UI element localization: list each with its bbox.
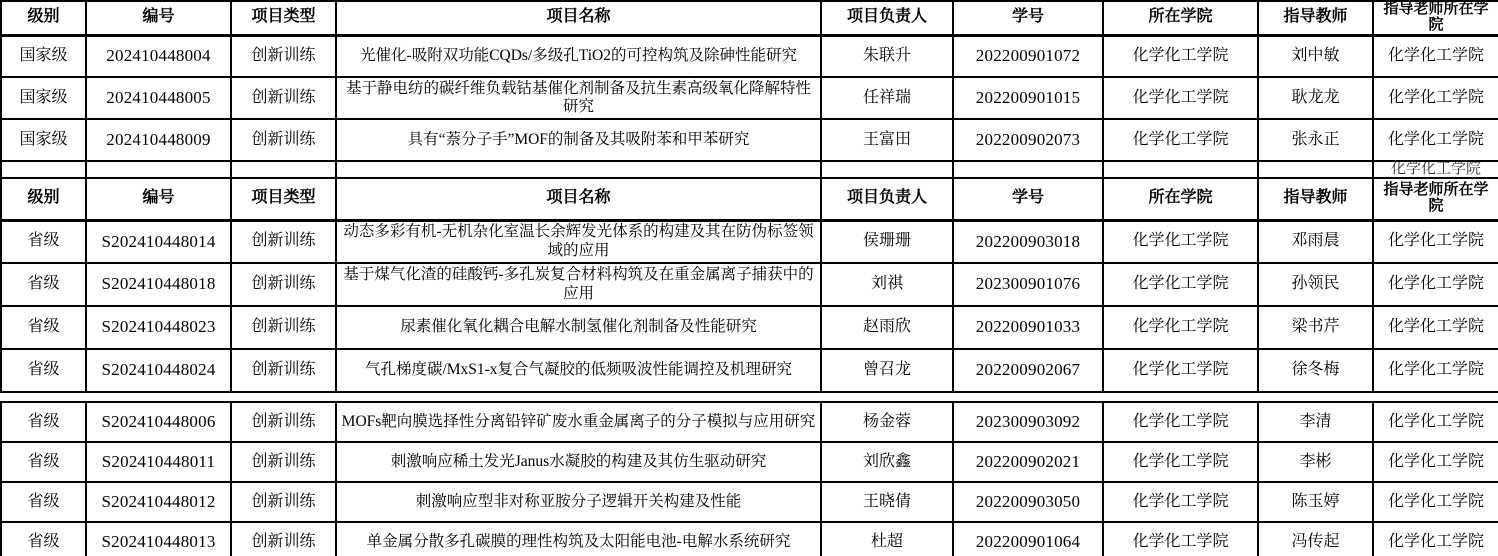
col-header-student-id: 学号 — [953, 178, 1103, 220]
table-row: 省级S202410448023创新训练尿素催化氧化耦合电解水制氢催化剂制备及性能… — [1, 306, 1498, 349]
cell-student-id: 202200903050 — [953, 482, 1103, 522]
cell-title: 单金属分散多孔碳膜的理性构筑及太阳能电池-电解水系统研究 — [336, 522, 821, 556]
cell-code: S202410448011 — [86, 442, 231, 482]
col-header-type: 项目类型 — [231, 178, 336, 220]
cell-college: 化学化工学院 — [1103, 442, 1258, 482]
cell-student-id: 202200901015 — [953, 77, 1103, 119]
table-row: 国家级202410448004创新训练光催化-吸附双功能CQDs/多级孔TiO2… — [1, 35, 1498, 77]
cell-code: 202410448009 — [86, 119, 231, 161]
cell-college: 化学化工学院 — [1103, 402, 1258, 442]
cell-code: 202410448004 — [86, 35, 231, 77]
cell-advisor-college: 化学化工学院 — [1373, 119, 1498, 161]
clipped-cell — [231, 162, 336, 177]
cell-type: 创新训练 — [231, 35, 336, 77]
cell-student-id: 202200902067 — [953, 349, 1103, 392]
cell-college: 化学化工学院 — [1103, 349, 1258, 392]
cell-code: S202410448013 — [86, 522, 231, 556]
col-header-code: 编号 — [86, 178, 231, 220]
cell-title: 具有“萘分子手”MOF的制备及其吸附苯和甲苯研究 — [336, 119, 821, 161]
clipped-cell — [821, 162, 953, 177]
cell-level: 省级 — [1, 522, 86, 556]
cell-leader: 侯珊珊 — [821, 220, 953, 263]
cell-advisor-college: 化学化工学院 — [1373, 402, 1498, 442]
cell-advisor: 陈玉婷 — [1258, 482, 1373, 522]
cell-code: 202410448005 — [86, 77, 231, 119]
cell-code: S202410448018 — [86, 263, 231, 306]
col-header-college: 所在学院 — [1103, 1, 1258, 35]
clipped-cell — [953, 162, 1103, 177]
provincial-projects-body-2: 省级S202410448006创新训练MOFs靶向膜选择性分离铅锌矿废水重金属离… — [1, 402, 1498, 556]
cell-title: 基于静电纺的碳纤维负载钴基催化剂制备及抗生素高级氧化降解特性研究 — [336, 77, 821, 119]
cell-code: S202410448012 — [86, 482, 231, 522]
cell-student-id: 202200903018 — [953, 220, 1103, 263]
cell-title: 光催化-吸附双功能CQDs/多级孔TiO2的可控构筑及除砷性能研究 — [336, 35, 821, 77]
cell-advisor: 刘中敏 — [1258, 35, 1373, 77]
cell-level: 省级 — [1, 442, 86, 482]
table-row: 省级S202410448011创新训练刺激响应稀土发光Janus水凝胶的构建及其… — [1, 442, 1498, 482]
cell-advisor: 孙领民 — [1258, 263, 1373, 306]
table-row: 国家级202410448009创新训练具有“萘分子手”MOF的制备及其吸附苯和甲… — [1, 119, 1498, 161]
cell-student-id: 202200901064 — [953, 522, 1103, 556]
cell-level: 国家级 — [1, 35, 86, 77]
cell-advisor-college: 化学化工学院 — [1373, 349, 1498, 392]
cell-advisor: 张永正 — [1258, 119, 1373, 161]
cell-code: S202410448006 — [86, 402, 231, 442]
cell-college: 化学化工学院 — [1103, 220, 1258, 263]
provincial-projects-body-1: 省级S202410448014创新训练动态多彩有机-无机杂化室温长余辉发光体系的… — [1, 220, 1498, 392]
clipped-cell — [1, 162, 86, 177]
cell-advisor: 邓雨晨 — [1258, 220, 1373, 263]
cell-advisor: 冯传起 — [1258, 522, 1373, 556]
header-row: 级别 编号 项目类型 项目名称 项目负责人 学号 所在学院 指导教师 指导老师所… — [1, 178, 1498, 220]
provincial-projects-table: 级别 编号 项目类型 项目名称 项目负责人 学号 所在学院 指导教师 指导老师所… — [0, 177, 1498, 393]
clipped-cell — [86, 162, 231, 177]
cell-advisor-college: 化学化工学院 — [1373, 220, 1498, 263]
clipped-row-strip: 化学化工学院 — [0, 162, 1498, 177]
cell-level: 省级 — [1, 220, 86, 263]
projects-sheet: 级别 编号 项目类型 项目名称 项目负责人 学号 所在学院 指导教师 指导老师所… — [0, 0, 1498, 556]
cell-student-id: 202200902073 — [953, 119, 1103, 161]
cell-leader: 刘欣鑫 — [821, 442, 953, 482]
cell-advisor: 梁书芹 — [1258, 306, 1373, 349]
col-header-leader: 项目负责人 — [821, 1, 953, 35]
cell-title: 动态多彩有机-无机杂化室温长余辉发光体系的构建及其在防伪标签领域的应用 — [336, 220, 821, 263]
cell-type: 创新训练 — [231, 220, 336, 263]
col-header-advisor: 指导教师 — [1258, 1, 1373, 35]
table-row: 国家级202410448005创新训练基于静电纺的碳纤维负载钴基催化剂制备及抗生… — [1, 77, 1498, 119]
cell-leader: 王晓倩 — [821, 482, 953, 522]
cell-leader: 朱联升 — [821, 35, 953, 77]
cell-type: 创新训练 — [231, 522, 336, 556]
cell-type: 创新训练 — [231, 77, 336, 119]
cell-code: S202410448024 — [86, 349, 231, 392]
cell-level: 省级 — [1, 482, 86, 522]
cell-college: 化学化工学院 — [1103, 263, 1258, 306]
cell-title: 气孔梯度碳/MxS1-x复合气凝胶的低频吸波性能调控及机理研究 — [336, 349, 821, 392]
clipped-cell — [1103, 162, 1258, 177]
table-row: 省级S202410448014创新训练动态多彩有机-无机杂化室温长余辉发光体系的… — [1, 220, 1498, 263]
col-header-title: 项目名称 — [336, 178, 821, 220]
cell-college: 化学化工学院 — [1103, 522, 1258, 556]
cell-student-id: 202200901072 — [953, 35, 1103, 77]
cell-type: 创新训练 — [231, 402, 336, 442]
clipped-cell — [1258, 162, 1373, 177]
table-row: 省级S202410448024创新训练气孔梯度碳/MxS1-x复合气凝胶的低频吸… — [1, 349, 1498, 392]
table-row: 省级S202410448018创新训练基于煤气化渣的硅酸钙-多孔炭复合材料构筑及… — [1, 263, 1498, 306]
cell-college: 化学化工学院 — [1103, 35, 1258, 77]
cell-advisor-college: 化学化工学院 — [1373, 35, 1498, 77]
clipped-cell-text: 化学化工学院 — [1373, 162, 1498, 177]
clipped-row: 化学化工学院 — [1, 162, 1498, 177]
col-header-type: 项目类型 — [231, 1, 336, 35]
national-projects-table: 级别 编号 项目类型 项目名称 项目负责人 学号 所在学院 指导教师 指导老师所… — [0, 0, 1498, 162]
cell-leader: 王富田 — [821, 119, 953, 161]
cell-advisor-college: 化学化工学院 — [1373, 482, 1498, 522]
cell-title: 刺激响应稀土发光Janus水凝胶的构建及其仿生驱动研究 — [336, 442, 821, 482]
cell-level: 省级 — [1, 263, 86, 306]
cell-leader: 杨金蓉 — [821, 402, 953, 442]
segment-gap — [0, 393, 1498, 401]
cell-advisor-college: 化学化工学院 — [1373, 442, 1498, 482]
cell-student-id: 202200901033 — [953, 306, 1103, 349]
cell-college: 化学化工学院 — [1103, 119, 1258, 161]
cell-level: 省级 — [1, 402, 86, 442]
cell-code: S202410448014 — [86, 220, 231, 263]
table-row: 省级S202410448012创新训练刺激响应型非对称亚胺分子逻辑开关构建及性能… — [1, 482, 1498, 522]
col-header-advisor-college: 指导老师所在学院 — [1373, 178, 1498, 220]
cell-level: 国家级 — [1, 77, 86, 119]
clipped-cell — [336, 162, 821, 177]
cell-college: 化学化工学院 — [1103, 306, 1258, 349]
cell-advisor-college: 化学化工学院 — [1373, 306, 1498, 349]
cell-student-id: 202300903092 — [953, 402, 1103, 442]
col-header-college: 所在学院 — [1103, 178, 1258, 220]
col-header-level: 级别 — [1, 178, 86, 220]
cell-title: 刺激响应型非对称亚胺分子逻辑开关构建及性能 — [336, 482, 821, 522]
cell-type: 创新训练 — [231, 263, 336, 306]
col-header-level: 级别 — [1, 1, 86, 35]
table-row: 省级S202410448013创新训练单金属分散多孔碳膜的理性构筑及太阳能电池-… — [1, 522, 1498, 556]
cell-advisor-college: 化学化工学院 — [1373, 77, 1498, 119]
cell-title: 基于煤气化渣的硅酸钙-多孔炭复合材料构筑及在重金属离子捕获中的应用 — [336, 263, 821, 306]
col-header-code: 编号 — [86, 1, 231, 35]
cell-title: MOFs靶向膜选择性分离铅锌矿废水重金属离子的分子模拟与应用研究 — [336, 402, 821, 442]
cell-student-id: 202200902021 — [953, 442, 1103, 482]
table-row: 省级S202410448006创新训练MOFs靶向膜选择性分离铅锌矿废水重金属离… — [1, 402, 1498, 442]
national-projects-body: 国家级202410448004创新训练光催化-吸附双功能CQDs/多级孔TiO2… — [1, 35, 1498, 161]
cell-type: 创新训练 — [231, 442, 336, 482]
cell-leader: 曾召龙 — [821, 349, 953, 392]
cell-leader: 赵雨欣 — [821, 306, 953, 349]
cell-leader: 任祥瑞 — [821, 77, 953, 119]
cell-title: 尿素催化氧化耦合电解水制氢催化剂制备及性能研究 — [336, 306, 821, 349]
col-header-advisor-college: 指导老师所在学院 — [1373, 1, 1498, 35]
cell-code: S202410448023 — [86, 306, 231, 349]
cell-advisor: 徐冬梅 — [1258, 349, 1373, 392]
cell-college: 化学化工学院 — [1103, 77, 1258, 119]
cell-advisor: 耿龙龙 — [1258, 77, 1373, 119]
provincial-projects-table-continued: 省级S202410448006创新训练MOFs靶向膜选择性分离铅锌矿废水重金属离… — [0, 401, 1498, 556]
col-header-leader: 项目负责人 — [821, 178, 953, 220]
cell-type: 创新训练 — [231, 119, 336, 161]
cell-advisor: 李彬 — [1258, 442, 1373, 482]
col-header-advisor: 指导教师 — [1258, 178, 1373, 220]
cell-advisor: 李清 — [1258, 402, 1373, 442]
cell-student-id: 202300901076 — [953, 263, 1103, 306]
col-header-student-id: 学号 — [953, 1, 1103, 35]
header-row: 级别 编号 项目类型 项目名称 项目负责人 学号 所在学院 指导教师 指导老师所… — [1, 1, 1498, 35]
cell-type: 创新训练 — [231, 349, 336, 392]
cell-college: 化学化工学院 — [1103, 482, 1258, 522]
cell-advisor-college: 化学化工学院 — [1373, 263, 1498, 306]
cell-leader: 杜超 — [821, 522, 953, 556]
cell-level: 省级 — [1, 349, 86, 392]
cell-type: 创新训练 — [231, 306, 336, 349]
cell-level: 省级 — [1, 306, 86, 349]
cell-level: 国家级 — [1, 119, 86, 161]
cell-advisor-college: 化学化工学院 — [1373, 522, 1498, 556]
col-header-title: 项目名称 — [336, 1, 821, 35]
cell-type: 创新训练 — [231, 482, 336, 522]
cell-leader: 刘祺 — [821, 263, 953, 306]
